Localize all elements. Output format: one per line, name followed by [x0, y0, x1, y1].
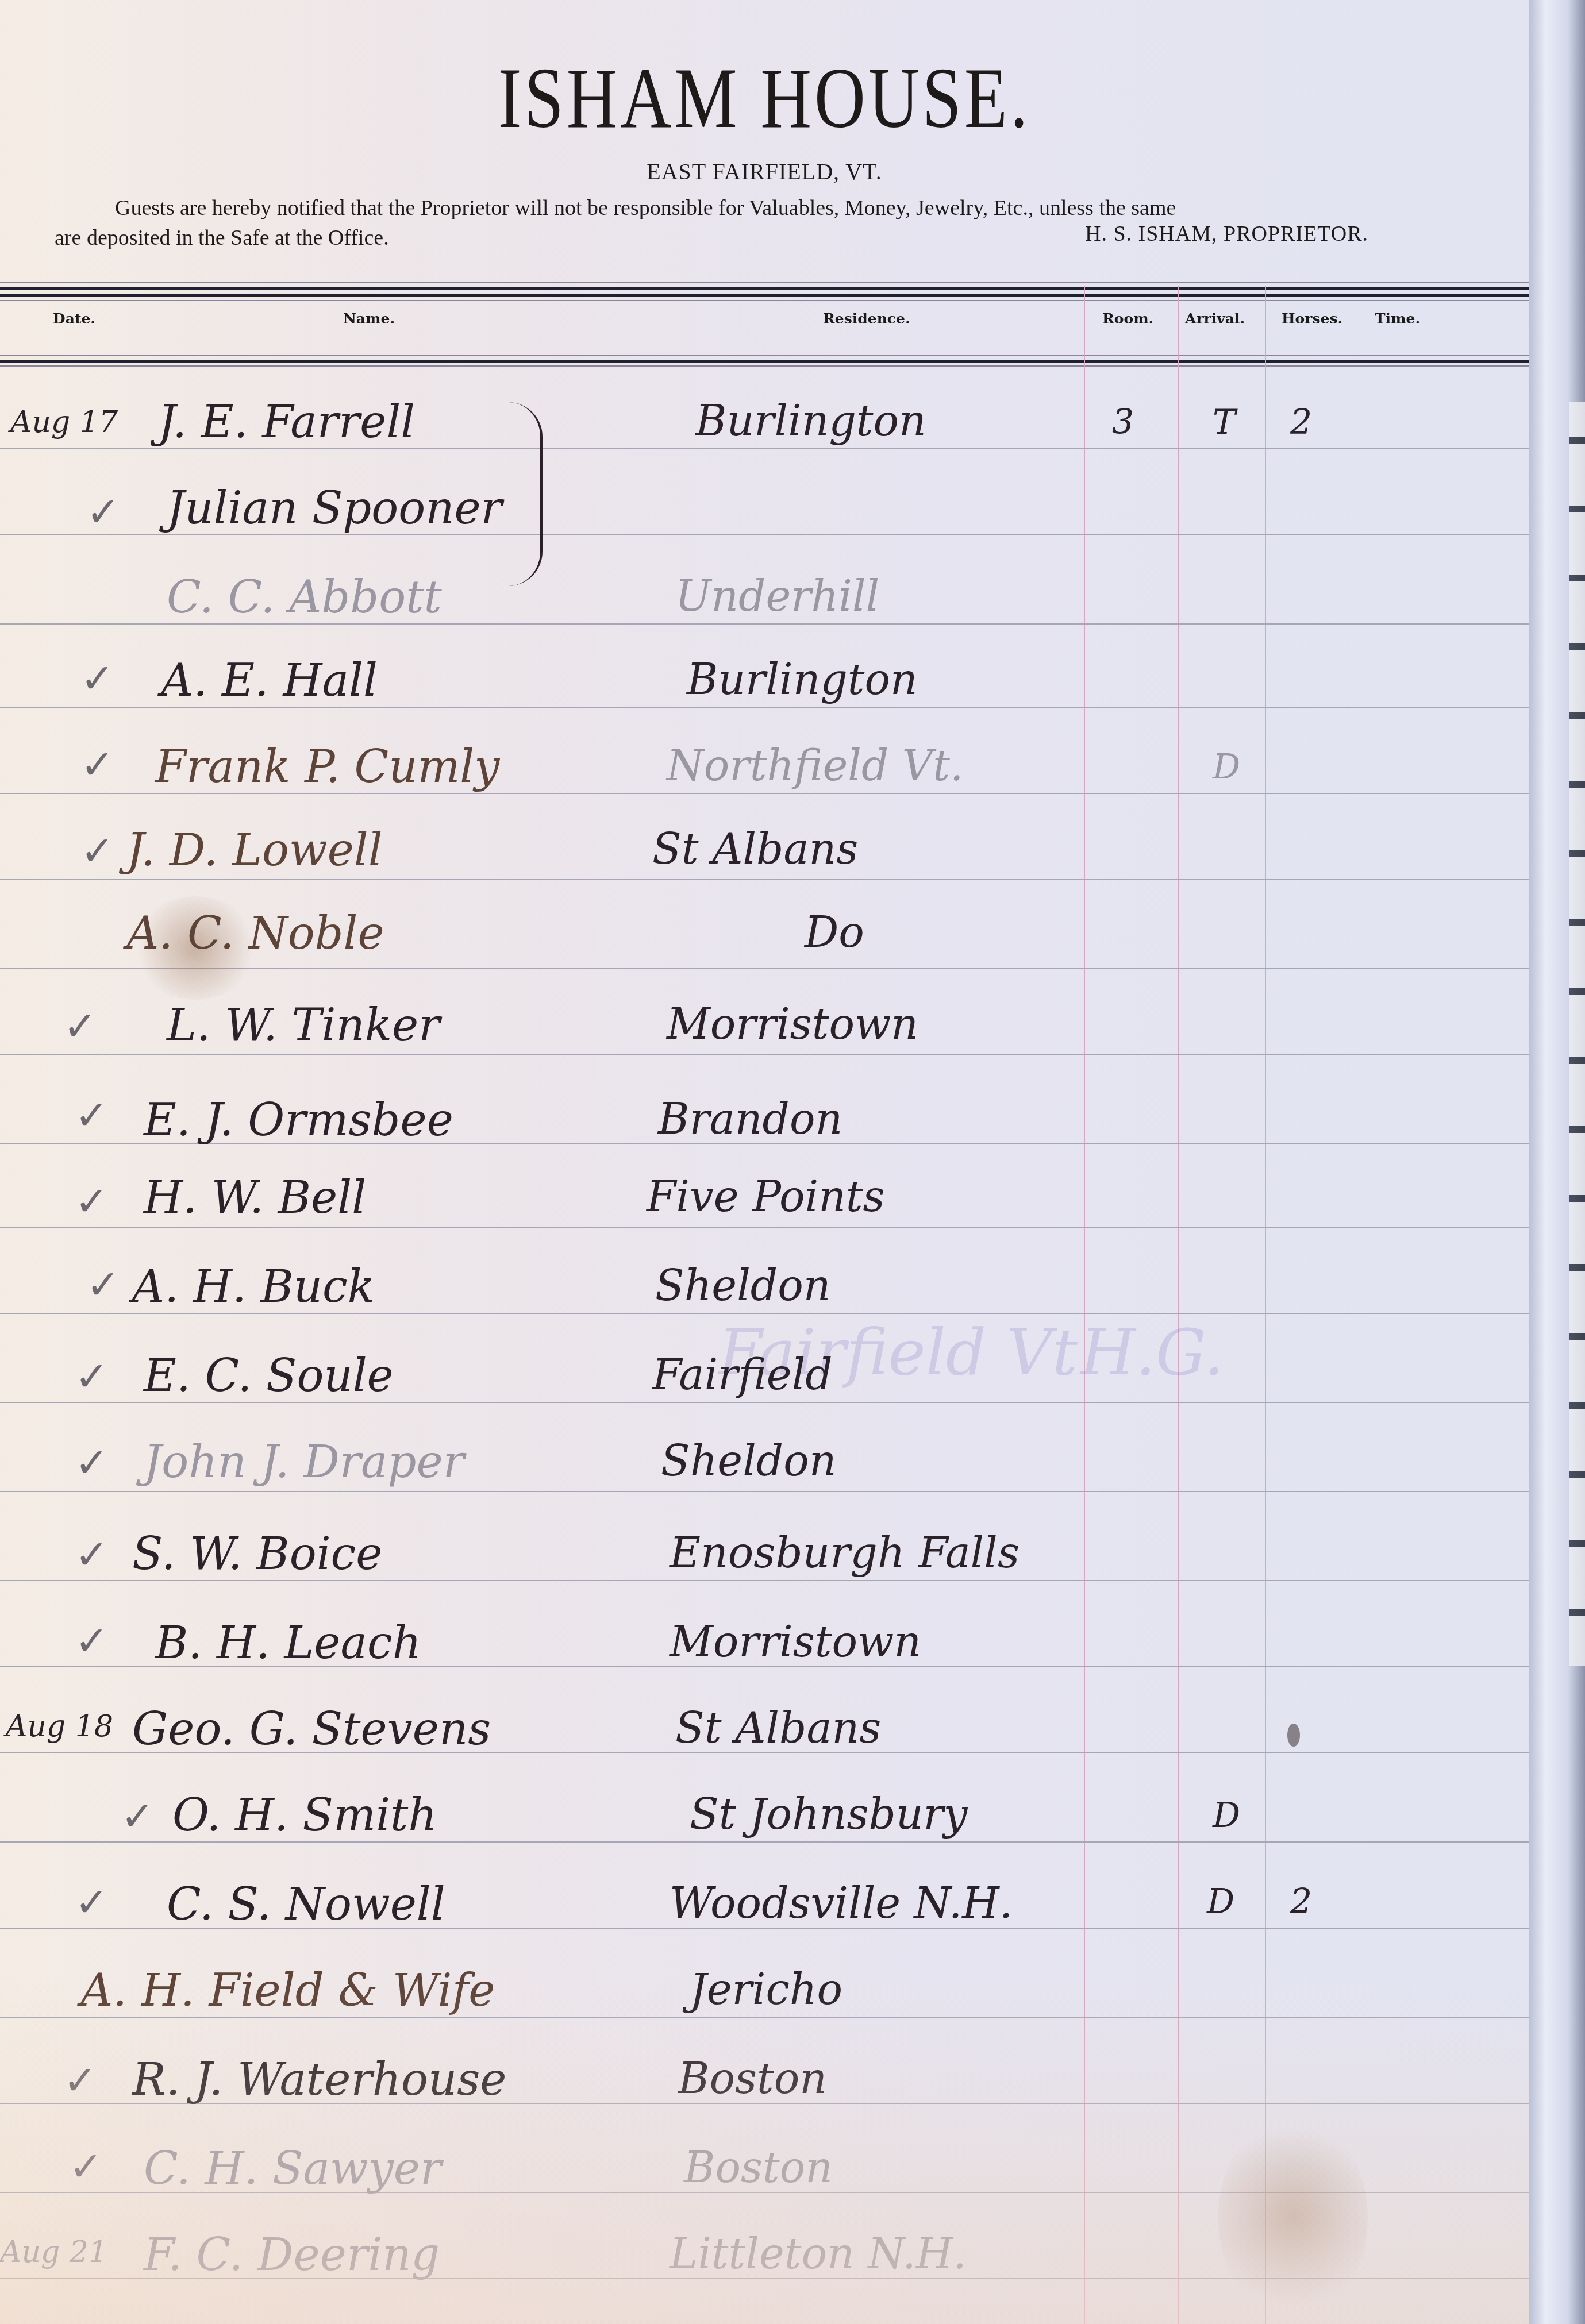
guest-residence: Morristown: [670, 1617, 921, 1667]
guest-residence: Sheldon: [655, 1261, 830, 1311]
checkmark-icon: ✓: [75, 1178, 109, 1225]
guest-name: C. S. Nowell: [167, 1879, 445, 1930]
horses-count: 2: [1290, 1882, 1312, 1922]
checkmark-icon: ✓: [80, 741, 114, 788]
ink-blot: [1287, 1724, 1300, 1747]
row-rule: [0, 1227, 1529, 1228]
row-rule: [0, 1313, 1529, 1314]
header-rule-bottom-thin-2: [0, 365, 1529, 367]
checkmark-icon: ✓: [69, 2143, 103, 2190]
row-rule: [0, 1841, 1529, 1843]
guest-residence: Burlington: [695, 396, 926, 446]
entry-date: Aug 18: [6, 1709, 113, 1744]
row-rule: [0, 448, 1529, 449]
guest-residence: Do: [805, 908, 864, 957]
row-rule: [0, 534, 1529, 535]
checkmark-icon: ✓: [121, 1793, 155, 1840]
guest-residence: Brandon: [658, 1094, 842, 1144]
header-rule-bottom-thin: [0, 355, 1529, 356]
guest-name: A. E. Hall: [161, 655, 378, 707]
guest-residence: Boston: [684, 2143, 833, 2192]
guest-name: B. H. Leach: [155, 1617, 421, 1669]
proprietor-signature: H. S. ISHAM, PROPRIETOR.: [1085, 221, 1368, 246]
checkmark-icon: ✓: [63, 2057, 97, 2104]
hotel-location: EAST FAIRFIELD, VT.: [0, 158, 1529, 185]
header-rule-top-thick-2: [0, 294, 1529, 297]
checkmark-icon: ✓: [63, 1003, 97, 1050]
row-rule: [0, 2017, 1529, 2018]
guest-name: A. H. Field & Wife: [80, 1965, 495, 2017]
guest-name: E. J. Ormsbee: [144, 1094, 453, 1146]
header-rule-top-thick: [0, 287, 1529, 290]
arrival-mark: T: [1213, 402, 1236, 442]
row-rule: [0, 793, 1529, 794]
column-header-name: Name.: [343, 310, 395, 327]
guest-residence: Morristown: [667, 1000, 918, 1049]
guest-name: R. J. Waterhouse: [132, 2054, 506, 2106]
column-header-date: Date.: [53, 310, 95, 327]
guest-name: Julian Spooner: [167, 483, 502, 534]
guest-residence: Five Points: [647, 1172, 885, 1221]
water-stain: [1218, 2114, 1368, 2321]
guest-name: A. C. Noble: [126, 908, 384, 959]
guest-residence: Enosburgh Falls: [670, 1528, 1020, 1578]
guest-name: L. W. Tinker: [167, 1000, 440, 1051]
arrival-mark: D: [1207, 1882, 1234, 1922]
guest-residence: Fairfield: [652, 1350, 833, 1400]
newspaper-edge: [1569, 402, 1585, 1666]
guest-name: E. C. Soule: [144, 1350, 394, 1402]
register-page: ISHAM HOUSE. EAST FAIRFIELD, VT. Guests …: [0, 0, 1529, 2324]
guest-name: H. W. Bell: [144, 1172, 366, 1224]
row-rule: [0, 1491, 1529, 1492]
guest-residence: St Johnsbury: [690, 1790, 968, 1839]
row-rule: [0, 1580, 1529, 1581]
guest-name: C. H. Sawyer: [144, 2143, 441, 2195]
checkmark-icon: ✓: [80, 655, 114, 702]
row-rule: [0, 707, 1529, 708]
guest-name: John J. Draper: [144, 1436, 464, 1488]
guest-name: J. E. Farrell: [158, 396, 415, 448]
row-rule: [0, 879, 1529, 880]
guest-name: J. D. Lowell: [126, 824, 383, 876]
row-rule: [0, 623, 1529, 625]
column-header-residence: Residence.: [823, 310, 910, 327]
checkmark-icon: ✓: [75, 1879, 109, 1926]
bleed-through-ink: H.G.: [1080, 1316, 1224, 1389]
checkmark-icon: ✓: [86, 1261, 120, 1308]
guest-name: C. C. Abbott: [167, 572, 442, 623]
column-divider-arrival: [1265, 286, 1266, 2324]
header-rule-top-thin-2: [0, 300, 1529, 301]
arrival-mark: D: [1213, 747, 1240, 787]
row-rule: [0, 1054, 1529, 1055]
guest-name: A. H. Buck: [132, 1261, 375, 1313]
guest-residence: Underhill: [675, 572, 879, 621]
column-header-horses: Horses.: [1282, 310, 1342, 327]
arrival-mark: D: [1213, 1795, 1240, 1836]
checkmark-icon: ✓: [75, 1353, 109, 1400]
checkmark-icon: ✓: [75, 1092, 109, 1139]
header-rule-bottom-thick: [0, 360, 1529, 363]
column-divider-residence: [1084, 286, 1085, 2324]
guest-residence: Northfield Vt.: [667, 741, 963, 791]
column-divider-name: [643, 286, 643, 2324]
guest-residence: Woodsville N.H.: [670, 1879, 1013, 1928]
column-divider-room: [1178, 286, 1179, 2324]
guest-residence: Sheldon: [661, 1436, 836, 1486]
horses-count: 2: [1290, 402, 1312, 442]
guest-residence: Boston: [678, 2054, 827, 2103]
guest-name: F. C. Deering: [144, 2229, 440, 2281]
column-header-arrival: Arrival.: [1185, 310, 1245, 327]
guest-residence: Jericho: [690, 1965, 842, 2014]
notice-line-1: Guests are hereby notified that the Prop…: [115, 195, 1176, 221]
page-title: ISHAM HOUSE.: [137, 49, 1391, 148]
entry-date: Aug 17: [10, 405, 118, 440]
checkmark-icon: ✓: [80, 827, 114, 874]
row-rule: [0, 1402, 1529, 1403]
notice-line-2: are deposited in the Safe at the Office.: [55, 225, 389, 250]
column-header-room: Room.: [1102, 310, 1153, 327]
guest-residence: Burlington: [687, 655, 918, 704]
checkmark-icon: ✓: [75, 1439, 109, 1486]
checkmark-icon: ✓: [75, 1617, 109, 1664]
checkmark-icon: ✓: [86, 488, 120, 535]
checkmark-icon: ✓: [75, 1531, 109, 1578]
guest-residence: Littleton N.H.: [670, 2229, 967, 2279]
guest-name: Frank P. Cumly: [155, 741, 499, 793]
guest-name: O. H. Smith: [172, 1790, 437, 1841]
guest-residence: St Albans: [652, 824, 858, 874]
entry-date: Aug 21: [0, 2235, 107, 2269]
guest-name: Geo. G. Stevens: [132, 1704, 491, 1755]
header-rule-top-thin: [0, 282, 1529, 283]
column-header-time: Time.: [1375, 310, 1420, 327]
grouping-brace: [506, 402, 543, 586]
guest-name: S. W. Boice: [132, 1528, 382, 1580]
room-number: 3: [1112, 402, 1134, 442]
guest-residence: St Albans: [675, 1704, 881, 1753]
column-divider-horses: [1360, 286, 1360, 2324]
